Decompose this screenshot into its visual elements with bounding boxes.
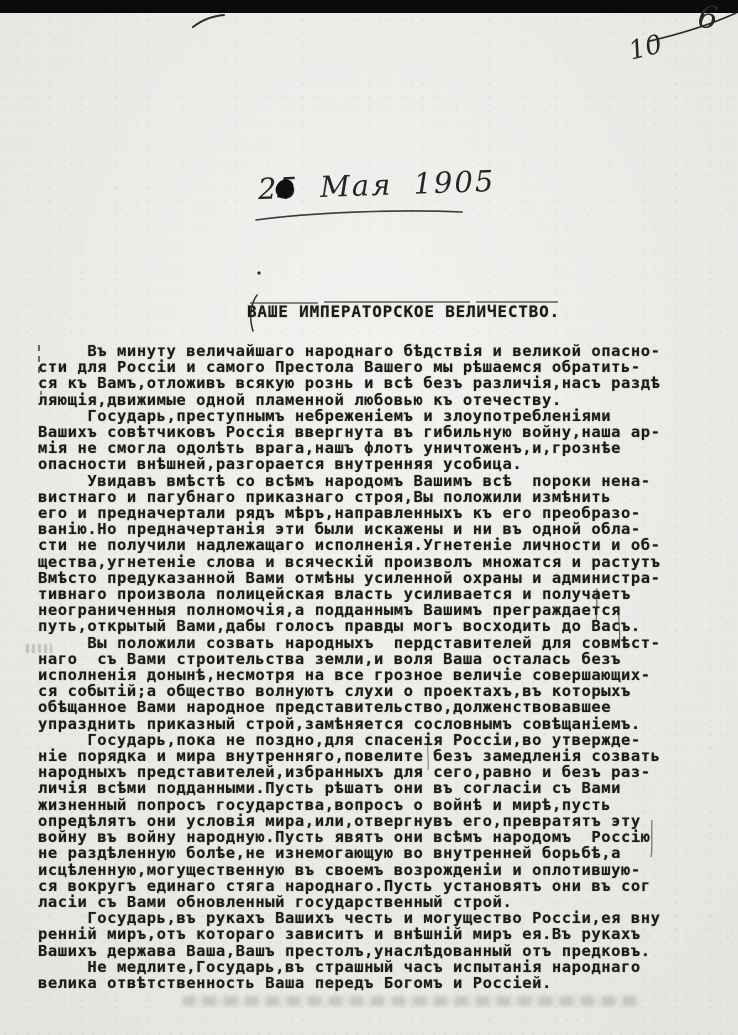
scan-top-edge — [0, 0, 738, 13]
margin-smudge — [26, 644, 52, 653]
ghost-text-smudge — [182, 996, 640, 1006]
scanned-document-page: 6 10 25 Мая 1905 ВАШЕ ИМПЕРАТОРСКОЕ ВЕЛИ… — [0, 0, 738, 1035]
body-text: Въ минуту величайшаго народнаго бѣдствія… — [38, 343, 710, 991]
margin-pen-tick — [38, 345, 40, 373]
page-title: ВАШЕ ИМПЕРАТОРСКОЕ ВЕЛИЧЕСТВО. — [247, 302, 560, 321]
margin-pen-dot — [40, 391, 42, 395]
